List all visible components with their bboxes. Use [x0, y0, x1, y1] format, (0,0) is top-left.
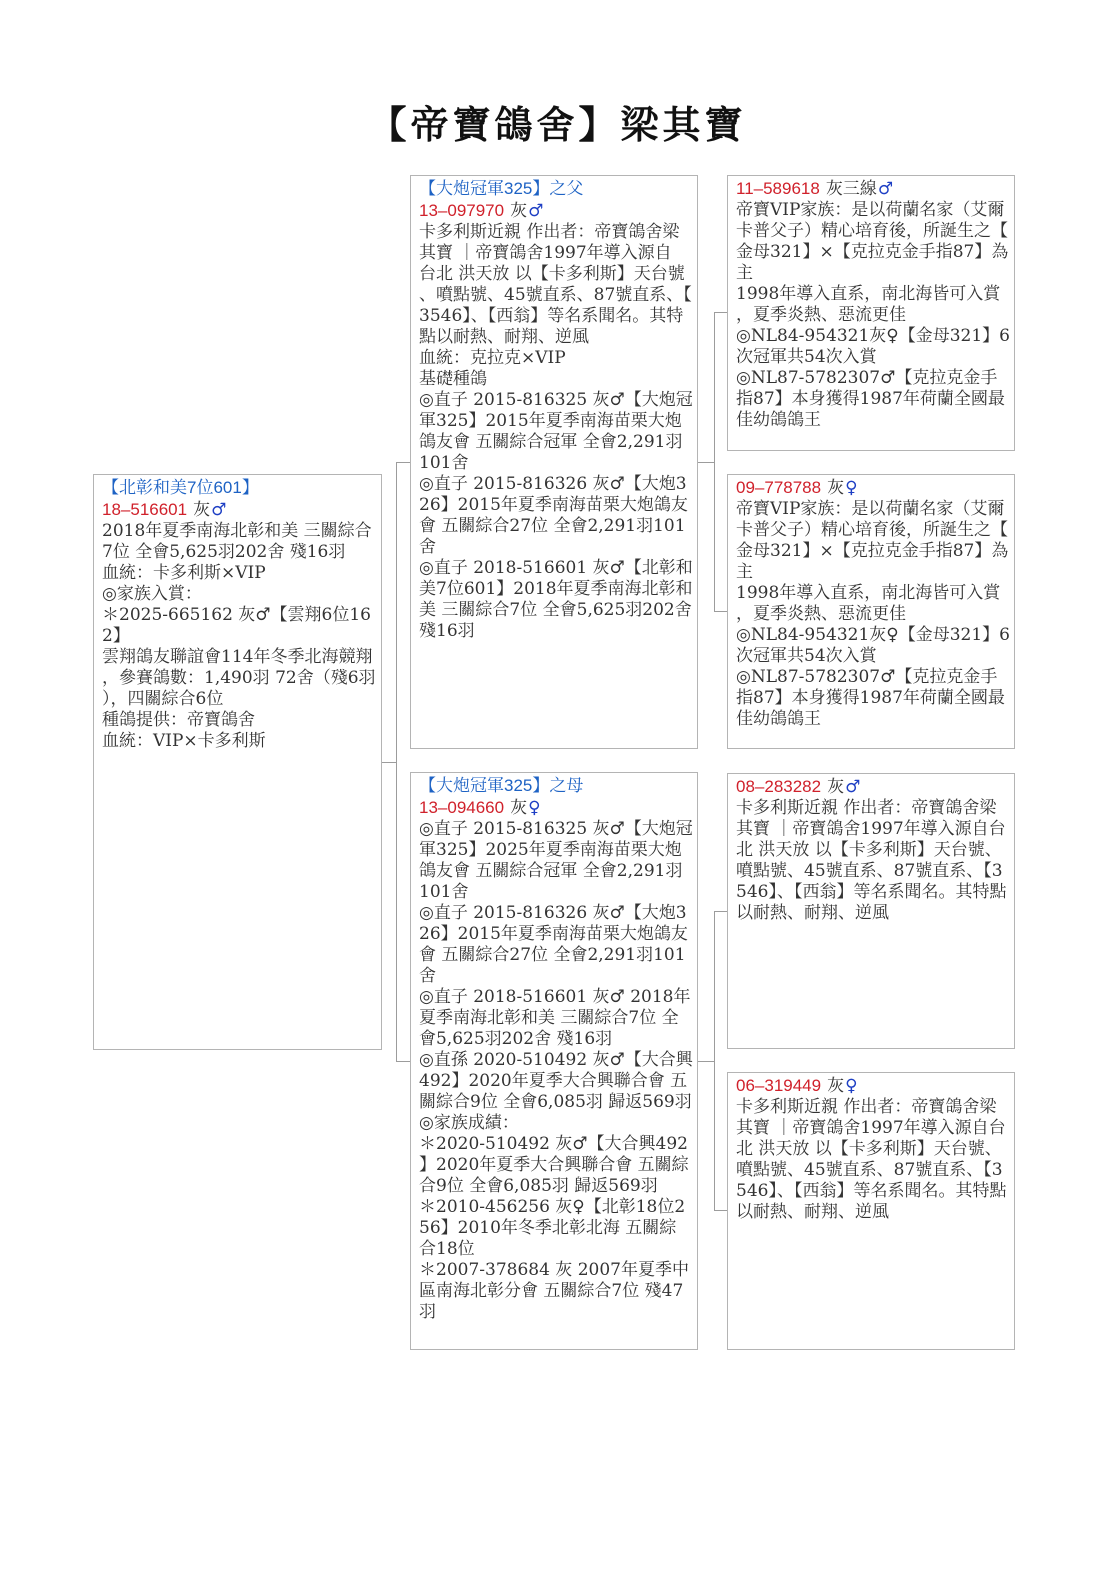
bird-title: 【大炮冠軍325】之父: [419, 178, 693, 200]
note-line: 血統：VIP×卡多利斯: [102, 731, 377, 752]
bird-notes: 2018年夏季南海北彰和美 三關綜合7位 全會5,625羽202舍 殘16羽 血…: [102, 521, 377, 752]
ring-number: 18–516601: [102, 500, 187, 519]
note-line: 種鴿提供：帝寶鴿舍: [102, 710, 377, 731]
connector-line: [698, 462, 714, 463]
subject-card: 【北彰和美7位601】 18–516601灰♂ 2018年夏季南海北彰和美 三關…: [93, 474, 382, 1050]
bird-notes: 卡多利斯近親 作出者：帝寶鴿舍梁其寶 ｜帝寶鴿舍1997年導入源自 台北 洪天放…: [419, 222, 693, 642]
female-icon: ♀: [528, 798, 540, 818]
feather-color: 灰: [827, 478, 844, 498]
note-line: 1998年導入直系，南北海皆可入賞，夏季炎熱、惡流更佳: [736, 284, 1010, 326]
ring-line: 18–516601灰♂: [102, 499, 377, 521]
note-line: ◎直子 2018-516601 灰♂ 2018年夏季南海北彰和美 三關綜合7位 …: [419, 987, 693, 1050]
note-line: ＊2007-378684 灰 2007年夏季中區南海北彰分會 五關綜合7位 殘4…: [419, 1260, 693, 1323]
ring-line: 13–094660灰♀: [419, 797, 693, 819]
note-line: ◎NL87-5782307♂【克拉克金手指87】本身獲得1987年荷蘭全國最佳幼…: [736, 667, 1010, 730]
note-line: 血統：克拉克×VIP: [419, 348, 693, 369]
note-line: 2018年夏季南海北彰和美 三關綜合7位 全會5,625羽202舍 殘16羽: [102, 521, 377, 563]
note-line: ◎直孫 2020-510492 灰♂【大合興492】2020年夏季大合興聯合會 …: [419, 1050, 693, 1113]
sire-dam-card: 09–778788灰♀ 帝寶VIP家族：是以荷蘭名家（艾爾卡普父子）精心培育後，…: [727, 474, 1015, 749]
ring-line: 06–319449灰♀: [736, 1075, 1010, 1097]
note-line: 雲翔鴿友聯誼會114年冬季北海競翔，參賽鴿數：1,490羽 72舍（殘6羽），四…: [102, 647, 377, 710]
note-line: 卡多利斯近親 作出者：帝寶鴿舍梁其寶 ｜帝寶鴿舍1997年導入源自台北 洪天放 …: [736, 1097, 1010, 1223]
note-line: ◎直子 2015-816325 灰♂【大炮冠軍325】2025年夏季南海苗栗大炮…: [419, 819, 693, 903]
note-line: ◎直子 2015-816325 灰♂【大炮冠軍325】2015年夏季南海苗栗大炮…: [419, 390, 693, 474]
ring-number: 08–283282: [736, 777, 821, 796]
connector-line: [396, 462, 410, 463]
connector-line: [714, 611, 727, 612]
male-icon: ♂: [878, 179, 893, 199]
bird-notes: ◎直子 2015-816325 灰♂【大炮冠軍325】2025年夏季南海苗栗大炮…: [419, 819, 693, 1323]
note-line: ＊2020-510492 灰♂【大合興492】2020年夏季大合興聯合會 五關綜…: [419, 1134, 693, 1197]
male-icon: ♂: [528, 201, 543, 221]
ring-line: 11–589618灰三線♂: [736, 178, 1010, 200]
feather-color: 灰三線: [826, 179, 877, 199]
connector-line: [714, 312, 715, 612]
note-line: 帝寶VIP家族：是以荷蘭名家（艾爾卡普父子）精心培育後，所誕生之【金母321】×…: [736, 200, 1010, 284]
bird-notes: 帝寶VIP家族：是以荷蘭名家（艾爾卡普父子）精心培育後，所誕生之【金母321】×…: [736, 200, 1010, 431]
sire-sire-card: 11–589618灰三線♂ 帝寶VIP家族：是以荷蘭名家（艾爾卡普父子）精心培育…: [727, 175, 1015, 451]
dam-dam-card: 06–319449灰♀ 卡多利斯近親 作出者：帝寶鴿舍梁其寶 ｜帝寶鴿舍1997…: [727, 1072, 1015, 1350]
female-icon: ♀: [845, 478, 857, 498]
note-line: 帝寶VIP家族：是以荷蘭名家（艾爾卡普父子）精心培育後，所誕生之【金母321】×…: [736, 499, 1010, 583]
feather-color: 灰: [510, 798, 527, 818]
note-line: 血統：卡多利斯×VIP: [102, 563, 377, 584]
note-line: ＊2025-665162 灰♂【雲翔6位162】: [102, 605, 377, 647]
note-line: ◎直子 2018-516601 灰♂【北彰和美7位601】2018年夏季南海北彰…: [419, 558, 693, 642]
dam-sire-card: 08–283282灰♂ 卡多利斯近親 作出者：帝寶鴿舍梁其寶 ｜帝寶鴿舍1997…: [727, 773, 1015, 1049]
note-line: ◎NL84-954321灰♀【金母321】6次冠軍共54次入賞: [736, 625, 1010, 667]
note-line: ＊2010-456256 灰♀【北彰18位256】2010年冬季北彰北海 五關綜…: [419, 1197, 693, 1260]
connector-line: [714, 911, 715, 1211]
feather-color: 灰: [827, 777, 844, 797]
note-line: ◎家族成績：: [419, 1113, 693, 1134]
ring-number: 11–589618: [736, 179, 820, 198]
dam-card: 【大炮冠軍325】之母 13–094660灰♀ ◎直子 2015-816325 …: [410, 772, 698, 1350]
note-line: ◎NL87-5782307♂【克拉克金手指87】本身獲得1987年荷蘭全國最佳幼…: [736, 368, 1010, 431]
ring-number: 06–319449: [736, 1076, 821, 1095]
feather-color: 灰: [510, 201, 527, 221]
connector-line: [382, 762, 397, 763]
ring-number: 13–097970: [419, 201, 504, 220]
bird-title: 【大炮冠軍325】之母: [419, 775, 693, 797]
connector-line: [714, 312, 727, 313]
page-title: 【帝寶鴿舍】梁其寶: [0, 103, 1111, 147]
male-icon: ♂: [845, 777, 860, 797]
feather-color: 灰: [193, 500, 210, 520]
connector-line: [396, 462, 397, 1062]
note-line: 卡多利斯近親 作出者：帝寶鴿舍梁其寶 ｜帝寶鴿舍1997年導入源自 台北 洪天放…: [419, 222, 693, 348]
connector-line: [698, 1061, 714, 1062]
ring-line: 08–283282灰♂: [736, 776, 1010, 798]
note-line: ◎直子 2015-816326 灰♂【大炮326】2015年夏季南海苗栗大炮鴿友…: [419, 474, 693, 558]
connector-line: [714, 911, 727, 912]
bird-title: 【北彰和美7位601】: [102, 477, 377, 499]
feather-color: 灰: [827, 1076, 844, 1096]
bird-notes: 卡多利斯近親 作出者：帝寶鴿舍梁其寶 ｜帝寶鴿舍1997年導入源自台北 洪天放 …: [736, 798, 1010, 924]
note-line: 1998年導入直系，南北海皆可入賞，夏季炎熱、惡流更佳: [736, 583, 1010, 625]
note-line: ◎家族入賞：: [102, 584, 377, 605]
note-line: ◎NL84-954321灰♀【金母321】6次冠軍共54次入賞: [736, 326, 1010, 368]
sire-card: 【大炮冠軍325】之父 13–097970灰♂ 卡多利斯近親 作出者：帝寶鴿舍梁…: [410, 175, 698, 749]
bird-notes: 卡多利斯近親 作出者：帝寶鴿舍梁其寶 ｜帝寶鴿舍1997年導入源自台北 洪天放 …: [736, 1097, 1010, 1223]
note-line: 卡多利斯近親 作出者：帝寶鴿舍梁其寶 ｜帝寶鴿舍1997年導入源自台北 洪天放 …: [736, 798, 1010, 924]
bird-notes: 帝寶VIP家族：是以荷蘭名家（艾爾卡普父子）精心培育後，所誕生之【金母321】×…: [736, 499, 1010, 730]
ring-number: 09–778788: [736, 478, 821, 497]
note-line: ◎直子 2015-816326 灰♂【大炮326】2015年夏季南海苗栗大炮鴿友…: [419, 903, 693, 987]
ring-number: 13–094660: [419, 798, 504, 817]
connector-line: [714, 1210, 727, 1211]
ring-line: 13–097970灰♂: [419, 200, 693, 222]
ring-line: 09–778788灰♀: [736, 477, 1010, 499]
female-icon: ♀: [845, 1076, 857, 1096]
male-icon: ♂: [211, 500, 226, 520]
note-line: 基礎種鴿: [419, 369, 693, 390]
connector-line: [396, 1061, 410, 1062]
